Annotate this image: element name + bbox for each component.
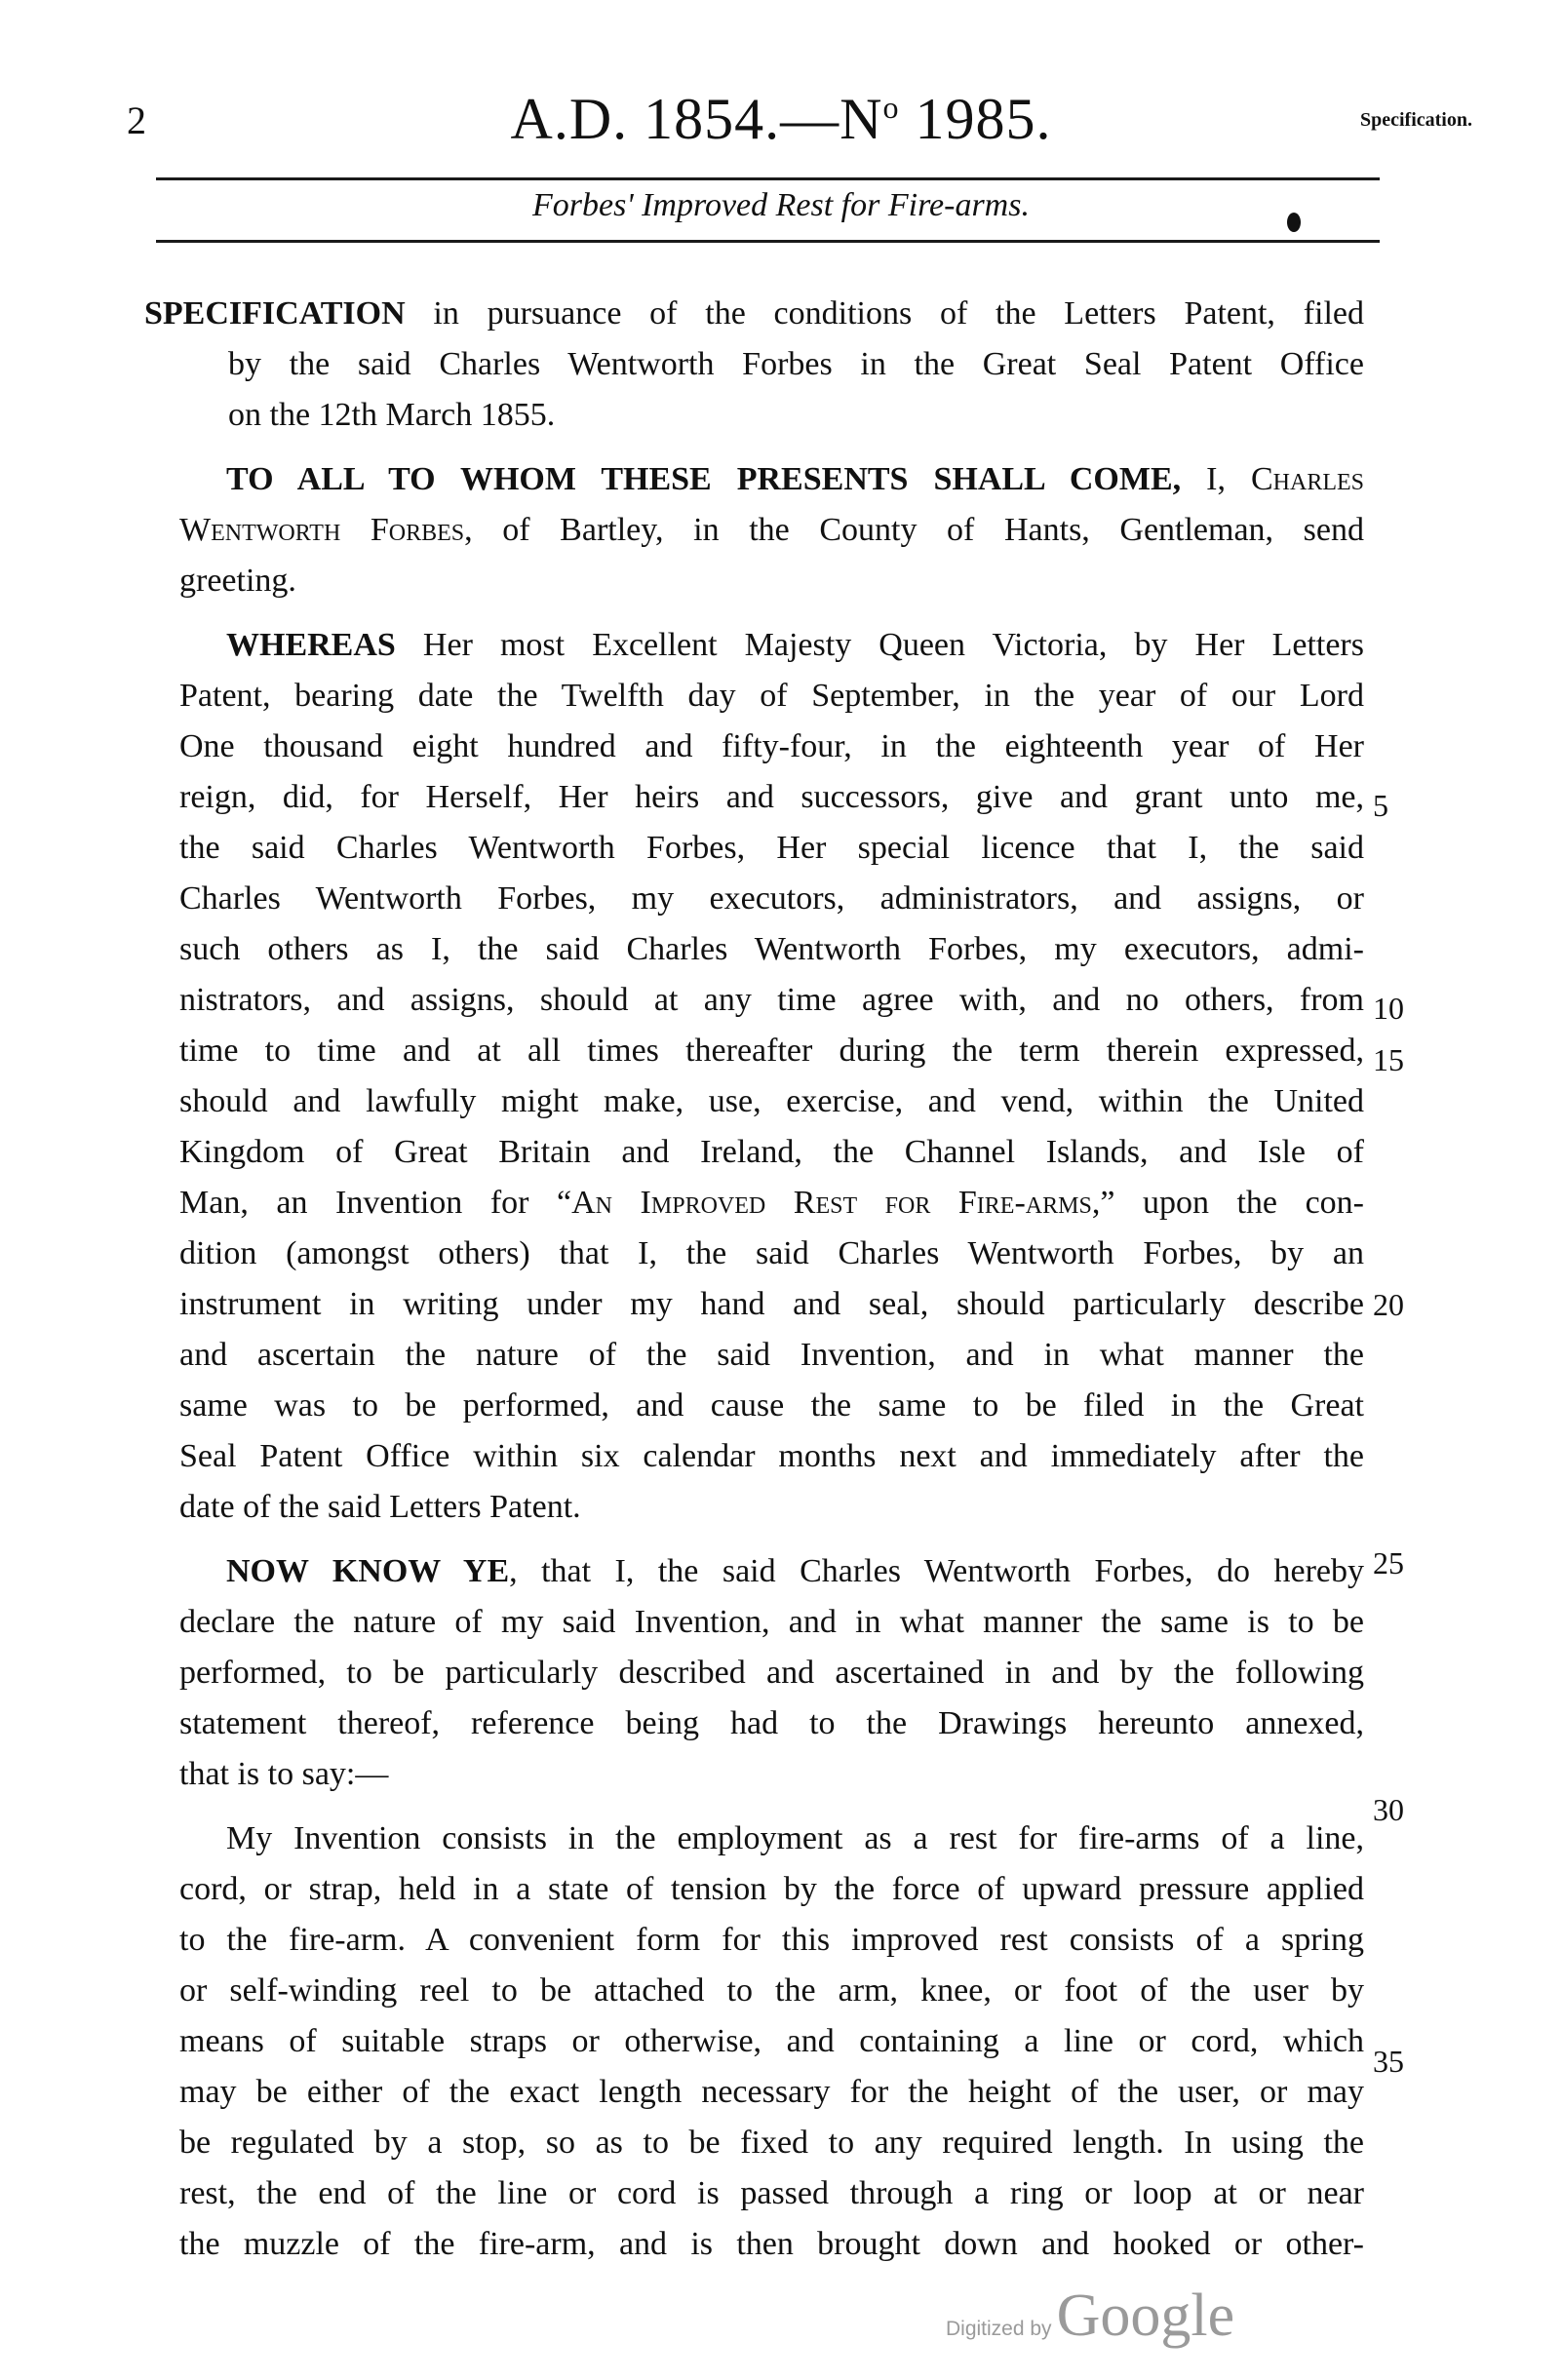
text-line: TO ALL TO WHOM THESE PRESENTS SHALL COME… bbox=[179, 454, 1364, 505]
text-line: Seal Patent Office within six calendar m… bbox=[179, 1431, 1364, 1482]
text-line: Kingdom of Great Britain and Ireland, th… bbox=[179, 1127, 1364, 1178]
line-text: may be either of the exact length necess… bbox=[179, 2074, 1364, 2110]
watermark-prefix: Digitized by bbox=[946, 2318, 1052, 2340]
line-text: performed, to be particularly described … bbox=[179, 1655, 1364, 1691]
text-line: on the 12th March 1855. bbox=[179, 390, 1364, 441]
text-line: the said Charles Wentworth Forbes, Her s… bbox=[179, 823, 1364, 874]
line-text: the said Charles Wentworth Forbes, Her s… bbox=[179, 830, 1364, 866]
line-text: same was to be performed, and cause the … bbox=[179, 1387, 1364, 1424]
text-line: performed, to be particularly described … bbox=[179, 1648, 1364, 1698]
text-line: nistrators, and assigns, should at any t… bbox=[179, 975, 1364, 1026]
text-line: such others as I, the said Charles Wentw… bbox=[179, 924, 1364, 975]
text-line: WHEREAS Her most Excellent Majesty Queen… bbox=[179, 620, 1364, 671]
line-text: One thousand eight hundred and fifty-fou… bbox=[179, 728, 1364, 764]
patent-title-main: A.D. 1854.—N bbox=[511, 87, 883, 151]
paragraph-gap bbox=[179, 1800, 1364, 1814]
line-text: the muzzle of the fire-arm, and is then … bbox=[179, 2226, 1364, 2262]
text-line: be regulated by a stop, so as to be fixe… bbox=[179, 2118, 1364, 2168]
line-text: Seal Patent Office within six calendar m… bbox=[179, 1438, 1364, 1474]
line-text: Her most Excellent Majesty Queen Victori… bbox=[396, 627, 1364, 663]
line-text: declare the nature of my said Invention,… bbox=[179, 1604, 1364, 1640]
text-line: Man, an Invention for “An Improved Rest … bbox=[179, 1178, 1364, 1229]
google-logo: Google bbox=[1057, 2282, 1235, 2349]
text-line: instrument in writing under my hand and … bbox=[179, 1279, 1364, 1330]
text-line: to the fire-arm. A convenient form for t… bbox=[179, 1915, 1364, 1966]
line-number: 20 bbox=[1373, 1287, 1404, 1323]
line-text: such others as I, the said Charles Wentw… bbox=[179, 931, 1364, 967]
line-text: date of the said Letters Patent. bbox=[179, 1489, 581, 1525]
line-text: greeting. bbox=[179, 563, 296, 599]
text-line: dition (amongst others) that I, the said… bbox=[179, 1229, 1364, 1279]
text-line: Charles Wentworth Forbes, my executors, … bbox=[179, 874, 1364, 924]
line-number: 5 bbox=[1373, 788, 1388, 824]
text-line: reign, did, for Herself, Her heirs and s… bbox=[179, 772, 1364, 823]
text-line: date of the said Letters Patent. bbox=[179, 1482, 1364, 1533]
line-text: to the fire-arm. A convenient form for t… bbox=[179, 1922, 1364, 1958]
line-number: 25 bbox=[1373, 1545, 1404, 1581]
ink-blot bbox=[1287, 213, 1301, 232]
line-text: instrument in writing under my hand and … bbox=[179, 1286, 1364, 1322]
line-text: that is to say:— bbox=[179, 1756, 388, 1792]
line-number: 35 bbox=[1373, 2044, 1404, 2080]
line-text: should and lawfully might make, use, exe… bbox=[179, 1083, 1364, 1119]
patent-title-number: 1985. bbox=[900, 87, 1052, 151]
line-number: 30 bbox=[1373, 1792, 1404, 1828]
line-text: or self-winding reel to be attached to t… bbox=[179, 1972, 1364, 2009]
text-line: greeting. bbox=[179, 556, 1364, 606]
line-text: in pursuance of the conditions of the Le… bbox=[406, 295, 1364, 332]
text-line: Patent, bearing date the Twelfth day of … bbox=[179, 671, 1364, 722]
line-text: cord, or strap, held in a state of tensi… bbox=[179, 1871, 1364, 1907]
line-text: statement thereof, reference being had t… bbox=[179, 1705, 1364, 1741]
text-line: the muzzle of the fire-arm, and is then … bbox=[179, 2219, 1364, 2270]
line-text: and ascertain the nature of the said Inv… bbox=[179, 1337, 1364, 1373]
line-text: , of Bartley, in the County of Hants, Ge… bbox=[464, 512, 1364, 548]
text-line: My Invention consists in the employment … bbox=[179, 1814, 1364, 1864]
paragraph-gap bbox=[179, 1533, 1364, 1546]
line-text: be regulated by a stop, so as to be fixe… bbox=[179, 2125, 1364, 2161]
line-text: Patent, bearing date the Twelfth day of … bbox=[179, 678, 1364, 714]
text-line: that is to say:— bbox=[179, 1749, 1364, 1800]
line-text: Kingdom of Great Britain and Ireland, th… bbox=[179, 1134, 1364, 1170]
bold-lead: SPECIFICATION bbox=[144, 295, 406, 332]
text-line: may be either of the exact length necess… bbox=[179, 2067, 1364, 2118]
small-caps-name: Wentworth Forbes bbox=[179, 512, 464, 548]
text-line: same was to be performed, and cause the … bbox=[179, 1381, 1364, 1431]
line-text: Charles Wentworth Forbes, my executors, … bbox=[179, 880, 1364, 917]
text-line: Wentworth Forbes, of Bartley, in the Cou… bbox=[179, 505, 1364, 556]
line-number: 15 bbox=[1373, 1042, 1404, 1078]
line-text: rest, the end of the line or cord is pas… bbox=[179, 2175, 1364, 2211]
line-text: dition (amongst others) that I, the said… bbox=[179, 1235, 1364, 1271]
running-subtitle: Forbes' Improved Rest for Fire-arms. bbox=[0, 187, 1562, 224]
line-number: 10 bbox=[1373, 991, 1404, 1027]
text-line: by the said Charles Wentworth Forbes in … bbox=[179, 339, 1364, 390]
header-rule-top bbox=[156, 177, 1380, 180]
paragraph-gap bbox=[179, 441, 1364, 454]
text-line: One thousand eight hundred and fifty-fou… bbox=[179, 722, 1364, 772]
text-line: cord, or strap, held in a state of tensi… bbox=[179, 1864, 1364, 1915]
paragraph-gap bbox=[179, 606, 1364, 620]
patent-title: A.D. 1854.—No 1985. bbox=[0, 86, 1562, 153]
text-line: time to time and at all times thereafter… bbox=[179, 1026, 1364, 1076]
body-text: SPECIFICATION in pursuance of the condit… bbox=[179, 289, 1364, 2270]
line-text: ,” upon the con- bbox=[1092, 1185, 1364, 1221]
line-text: nistrators, and assigns, should at any t… bbox=[179, 982, 1364, 1018]
patent-title-sup: o bbox=[883, 90, 900, 125]
text-line: rest, the end of the line or cord is pas… bbox=[179, 2168, 1364, 2219]
bold-lead: TO ALL TO WHOM THESE PRESENTS SHALL COME… bbox=[226, 461, 1181, 497]
text-line: declare the nature of my said Invention,… bbox=[179, 1597, 1364, 1648]
digitized-by-google-watermark: Digitized by Google bbox=[946, 2282, 1234, 2351]
small-caps-text: An Improved Rest for Fire-arms bbox=[571, 1185, 1092, 1221]
line-text: Man, an Invention for “ bbox=[179, 1185, 571, 1221]
line-text: time to time and at all times thereafter… bbox=[179, 1033, 1364, 1069]
bold-lead: NOW KNOW YE bbox=[226, 1553, 509, 1589]
text-line: means of suitable straps or otherwise, a… bbox=[179, 2016, 1364, 2067]
text-line: statement thereof, reference being had t… bbox=[179, 1698, 1364, 1749]
section-label: Specification. bbox=[1360, 109, 1472, 132]
line-text: reign, did, for Herself, Her heirs and s… bbox=[179, 779, 1364, 815]
text-line: NOW KNOW YE, that I, the said Charles We… bbox=[179, 1546, 1364, 1597]
line-text: means of suitable straps or otherwise, a… bbox=[179, 2023, 1364, 2059]
header-rule-bottom bbox=[156, 240, 1380, 243]
text-line: SPECIFICATION in pursuance of the condit… bbox=[144, 289, 1364, 339]
text-line: should and lawfully might make, use, exe… bbox=[179, 1076, 1364, 1127]
line-text: My Invention consists in the employment … bbox=[226, 1820, 1364, 1856]
bold-lead: WHEREAS bbox=[226, 627, 396, 663]
text-line: or self-winding reel to be attached to t… bbox=[179, 1966, 1364, 2016]
line-text: by the said Charles Wentworth Forbes in … bbox=[228, 346, 1364, 382]
line-text: I, bbox=[1181, 461, 1251, 497]
small-caps-text: Charles bbox=[1251, 461, 1364, 497]
line-text: , that I, the said Charles Wentworth For… bbox=[509, 1553, 1364, 1589]
page-header: 2 A.D. 1854.—No 1985. Specification. bbox=[0, 78, 1562, 146]
text-line: and ascertain the nature of the said Inv… bbox=[179, 1330, 1364, 1381]
document-page: 2 A.D. 1854.—No 1985. Specification. For… bbox=[0, 0, 1562, 2380]
line-text: on the 12th March 1855. bbox=[228, 397, 555, 433]
